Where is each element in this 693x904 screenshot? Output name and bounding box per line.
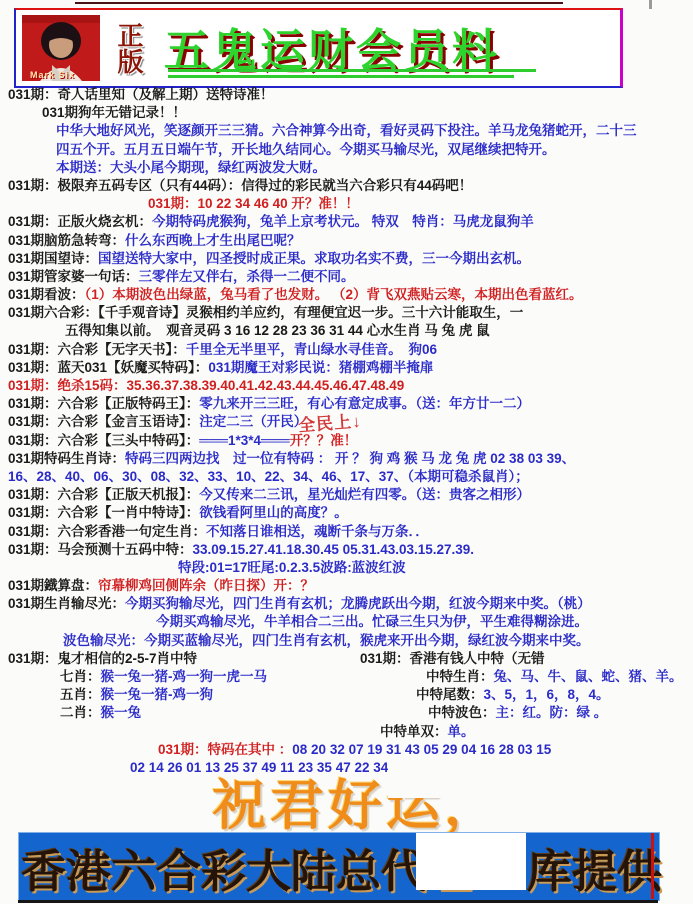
line-guanyin-2: 五得知集以前。 观音灵码 3 16 12 28 23 36 31 44 心水生肖… <box>8 322 688 340</box>
line-tiesuanpan: 031期鐡算盘：帘幕柳鸡回侧阵余（昨日探）开：？ <box>8 577 688 595</box>
line-text: 3、5，1，6，8，4。 <box>484 687 610 702</box>
line-text: 特段:01=17旺尾:0.2.3.5波路:蓝波红波 <box>178 560 406 575</box>
two-col-row-2: 七肖：猴一兔一猪-鸡一狗一虎一马 中特生肖：兔、马、牛、鼠、蛇、猪、羊。 <box>8 668 688 686</box>
line-label: 031期：六合彩【三头中特码】： <box>8 433 199 448</box>
masthead: Mark Six 正版 五鬼运财会员料 <box>14 8 623 88</box>
line-guowang: 031期国望诗：国望送特大家中，四圣授时成正果。求取功名实不费，三一今期出玄机。 <box>8 250 688 268</box>
line-text: 兔、马、牛、鼠、蛇、猪、羊。 <box>494 669 683 684</box>
tipsheet-page: Mark Six 正版 五鬼运财会员料 031期：奇人话里知（及解上期）送特诗准… <box>0 0 693 904</box>
two-xiao: 二肖：猴一兔 <box>8 704 412 722</box>
banner-blanked-box <box>416 833 526 890</box>
line-teduan: 特段:01=17旺尾:0.2.3.5波路:蓝波红波 <box>8 559 688 577</box>
zhongte-weishu: 中特尾数：3、5，1，6，8，4。 <box>412 686 688 704</box>
bottom-black-line <box>18 900 658 903</box>
five-xiao: 五肖：猴一兔一猪-鸡一狗 <box>8 686 412 704</box>
line-label: 中特生肖： <box>426 669 494 684</box>
line-text: 今期买鸡输尽光，牛羊相合二三出。忙碌三生只为伊，平生难得糊涂进。 <box>156 614 588 629</box>
line-text: 031期：10 22 34 46 40 开？准！！ <box>148 196 359 211</box>
line-text: 本期送：大头小尾今期现，绿红两波发大财。 <box>56 160 326 175</box>
title-underline-2 <box>168 75 514 78</box>
zhongte-shengxiao: 中特生肖：兔、马、牛、鼠、蛇、猪、羊。 <box>412 668 688 686</box>
line-text: 零九来开三三旺，有心有意定成事。（送：年方廿一二） <box>199 396 530 411</box>
line-yijuding: 031期：六合彩香港一句定生肖：不知落日谁相送，魂断千条与万条．． <box>8 523 688 541</box>
line-text: 帘幕柳鸡回侧阵余（昨日探）开：？ <box>98 578 314 593</box>
line-label: 031期：六合彩【金言玉语诗】： <box>8 414 199 429</box>
line-shuajinguang-2: 今期买鸡输尽光，牛羊相合二三出。忙碌三生只为伊，平生难得糊涂进。 <box>8 613 688 631</box>
line-tianjibao: 031期：六合彩【正版天机报】：今又传来二三讯，星光灿烂有四零。（送：贵客之相形… <box>8 486 688 504</box>
line-label: 031期：六合彩香港一句定生肖： <box>8 524 206 539</box>
photo-caption: Mark Six <box>30 70 75 80</box>
line-shuajinguang-1: 031期生肖输尽光：今期买狗输尽光，四门生肖有玄机；龙腾虎跃出今期，红波今期来中… <box>8 595 688 613</box>
line-text: 16、28、40、06、30、08、32、33、10、22、34、46、17、3… <box>8 469 529 484</box>
line-text: 单。 <box>448 724 475 739</box>
line-text: 三零伴左又伴右，杀得一二便不同。 <box>139 269 355 284</box>
line-text: 今期买狗输尽光，四门生肖有玄机；龙腾虎跃出今期，红波今期来中奖。（桃） <box>125 596 591 611</box>
line-juesha15: 031期：绝杀15码：35.36.37.38.39.40.41.42.43.44… <box>8 377 688 395</box>
line-text: 031期六合彩：【千手观音诗】灵猴相约羊应约，有理便宜迟一步。三十六计能取生，一 <box>8 305 523 320</box>
line-poem-2: 四五个开。五月五日端午节，开长地久结同心。今期买马输尽光，双尾继续把特开。 <box>8 141 688 159</box>
bottom-banner: 香港六合彩大陆总代理 库提供 <box>18 832 660 901</box>
line-text: 欲钱看阿里山的高度？。 <box>199 505 348 520</box>
line-poem-3: 本期送：大头小尾今期现，绿红两波发大财。 <box>8 159 688 177</box>
line-text: 031期：鬼才相信的2-5-7肖中特 <box>8 651 197 666</box>
line-poem-1: 中华大地好风光，笑逐颜开三三猜。六合神算今出奇，看好灵码下投注。羊马龙兔猪蛇开，… <box>8 122 688 140</box>
line-yixiao: 031期：六合彩【一肖中特诗】：欲钱看阿里山的高度？。 <box>8 504 688 522</box>
top-right-tick <box>649 0 652 9</box>
line-naojin: 031期脑筋急转弯：什么东西晚上才生出尾巴呢？ <box>8 232 688 250</box>
line-label: 031期：六合彩【正版特码王】： <box>8 396 199 411</box>
line-text: 猴一兔一猪-鸡一狗 <box>101 687 214 702</box>
line-text: 031期狗年无错记录！！ <box>42 105 186 120</box>
line-intro: 031期：奇人话里知（及解上期）送特诗准！ <box>8 86 688 104</box>
line-wuzitianshu: 031期：六合彩【无字天书】：千里全无半里平，青山绿水寻佳音。 狗06 <box>8 341 688 359</box>
line-text: 031期：奇人话里知（及解上期）送特诗准！ <box>8 87 274 102</box>
left-col-title: 031期：鬼才相信的2-5-7肖中特 <box>8 650 360 668</box>
wish-erased-patch <box>388 760 460 798</box>
title-underline-1 <box>168 69 536 72</box>
line-label: 031期鐡算盘： <box>8 578 98 593</box>
line-text: 波色输尽光：今期买蓝输尽光，四门生肖有玄机，猴虎来开出今期，绿红波今期来中奖。 <box>63 633 590 648</box>
line-text: 猴一兔一猪-鸡一狗一虎一马 <box>101 669 268 684</box>
line-label: 031期：六合彩【正版天机报】： <box>8 487 199 502</box>
seven-xiao: 七肖：猴一兔一猪-鸡一狗一虎一马 <box>8 668 412 686</box>
line-label: 031期：六合彩【无字天书】： <box>8 342 186 357</box>
line-yaomo: 031期：蓝天031【妖魔买特码】：031期魔王对彩民说：猪棚鸡棚半掩扉 <box>8 359 688 377</box>
line-shengxiaoshi-1: 031期特码生肖诗：特码三四两边找 过一位有特码 ： 开 ？ 狗 鸡 猴 马 龙… <box>8 450 688 468</box>
line-text: 031期：香港有钱人中特（无错 <box>360 651 545 666</box>
line-label: 031期：六合彩【一肖中特诗】： <box>8 505 199 520</box>
line-text: 031期：极限弃五码专区（只有44码）：信得过的彩民就当六合彩只有44码吧！ <box>8 178 472 193</box>
line-text: 国望送特大家中，四圣授时成正果。求取功名实不费，三一今期出玄机。 <box>98 251 530 266</box>
top-divider-line <box>75 2 563 4</box>
line-label: 中特尾数： <box>416 687 484 702</box>
line-kanbo: 031期看波：（1）本期波色出绿蓝，兔马看了也发财。 （2）背飞双燕贴云寒，本期… <box>8 286 688 304</box>
line-label: 二肖： <box>60 705 101 720</box>
line-label: 031期特码生肖诗： <box>8 451 125 466</box>
line-huoshao: 031期：正版火烧玄机：今期特码虎猴狗，兔羊上京考状元。 特双 特肖：马虎龙鼠狗… <box>8 213 688 231</box>
line-label: 031期脑筋急转弯： <box>8 233 125 248</box>
two-col-row-5: 中特单双：单。 <box>8 723 688 741</box>
line-44codes: 031期：极限弃五码专区（只有44码）：信得过的彩民就当六合彩只有44码吧！ <box>8 177 688 195</box>
edition-logo: 正版 <box>116 22 142 84</box>
two-col-row-1: 031期：鬼才相信的2-5-7肖中特 031期：香港有钱人中特（无错 <box>8 650 688 668</box>
line-text: 08 20 32 07 19 31 43 05 29 04 16 28 03 1… <box>292 742 551 757</box>
line-mahui15: 031期：马会预测十五码中特：33.09.15.27.41.18.30.45 0… <box>8 541 688 559</box>
line-result-red: 031期：10 22 34 46 40 开？准！！ <box>8 195 688 213</box>
line-record: 031期狗年无错记录！！ <box>8 104 688 122</box>
line-boseshuajinguang: 波色输尽光：今期买蓝输尽光，四门生肖有玄机，猴虎来开出今期，绿红波今期来中奖。 <box>8 632 688 650</box>
line-shengxiaoshi-2: 16、28、40、06、30、08、32、33、10、22、34、46、17、3… <box>8 468 688 486</box>
line-label: 031期生肖输尽光： <box>8 596 125 611</box>
line-label: 031期管家婆一句话： <box>8 269 139 284</box>
line-santou: 031期：六合彩【三头中特码】：═══1*3*4═══开？？准！ <box>8 432 688 450</box>
red-watermark: 全民上↓ <box>297 407 362 436</box>
line-label: 中特波色： <box>428 705 496 720</box>
line-text: 五得知集以前。 观音灵码 3 16 12 28 23 36 31 44 心水生肖… <box>65 323 490 338</box>
line-text: 不知落日谁相送，魂断千条与万条．． <box>206 524 429 539</box>
line-text: 中华大地好风光，笑逐颜开三三猜。六合神算今出奇，看好灵码下投注。羊马龙兔猪蛇开，… <box>56 123 637 138</box>
line-guanjiapo: 031期管家婆一句话：三零伴左又伴右，杀得一二便不同。 <box>8 268 688 286</box>
line-text: 33.09.15.27.41.18.30.45 05.31.43.03.15.2… <box>193 542 475 557</box>
line-label: 031期：马会预测十五码中特： <box>8 542 193 557</box>
line-text: 主：红。防：绿 。 <box>496 705 608 720</box>
line-text: 什么东西晚上才生出尾巴呢？ <box>125 233 301 248</box>
line-label: 031期：蓝天031【妖魔买特码】： <box>8 360 208 375</box>
line-text: 特码三四两边找 过一位有特码 ： 开 ？ 狗 鸡 猴 马 龙 兔 虎 02 38… <box>125 451 575 466</box>
left-col-empty <box>8 723 360 741</box>
line-text: 031期魔王对彩民说：猪棚鸡棚半掩扉 <box>208 360 433 375</box>
line-bars: ═══1*3*4═══ <box>199 433 289 448</box>
banner-red-edge <box>651 833 654 899</box>
line-tema-pool-1: 031期：特码在其中 ：08 20 32 07 19 31 43 05 29 0… <box>8 741 688 759</box>
line-text: 注定二三（开民） <box>199 414 307 429</box>
two-col-row-4: 二肖：猴一兔 中特波色：主：红。防：绿 。 <box>8 704 688 722</box>
zhongte-danshuang: 中特单双：单。 <box>360 723 688 741</box>
right-col-title: 031期：香港有钱人中特（无错 <box>360 650 688 668</box>
line-text: 今又传来二三讯，星光灿烂有四零。（送：贵客之相形） <box>199 487 530 502</box>
line-label: 五肖： <box>60 687 101 702</box>
line-label: 031期国望诗： <box>8 251 98 266</box>
line-label: 031期：特码在其中 ： <box>158 742 292 757</box>
line-text: 猴一兔 <box>101 705 142 720</box>
line-text: 今期特码虎猴狗，兔羊上京考状元。 特双 特肖：马虎龙鼠狗羊 <box>152 214 534 229</box>
line-text: 四五个开。五月五日端午节，开长地久结同心。今期买马输尽光，双尾继续把特开。 <box>56 142 556 157</box>
hostess-photo: Mark Six <box>22 15 100 81</box>
line-label: 中特单双： <box>380 724 448 739</box>
line-text: （1）本期波色出绿蓝，兔马看了也发财。 （2）背飞双燕贴云寒，本期出色看蓝红。 <box>85 287 583 302</box>
line-label: 七肖： <box>60 669 101 684</box>
line-guanyin-1: 031期六合彩：【千手观音诗】灵猴相约羊应约，有理便宜迟一步。三十六计能取生，一 <box>8 304 688 322</box>
banner-text-left: 香港六合彩大陆总代理 <box>21 835 471 900</box>
line-text: 千里全无半里平，青山绿水寻佳音。 狗06 <box>186 342 437 357</box>
banner-text-right: 库提供 <box>527 835 662 900</box>
two-col-row-3: 五肖：猴一兔一猪-鸡一狗 中特尾数：3、5，1，6，8，4。 <box>8 686 688 704</box>
line-text: 031期：绝杀15码：35.36.37.38.39.40.41.42.43.44… <box>8 378 404 393</box>
line-label: 031期：正版火烧玄机： <box>8 214 152 229</box>
line-label: 031期看波： <box>8 287 85 302</box>
zhongte-bose: 中特波色：主：红。防：绿 。 <box>412 704 688 722</box>
